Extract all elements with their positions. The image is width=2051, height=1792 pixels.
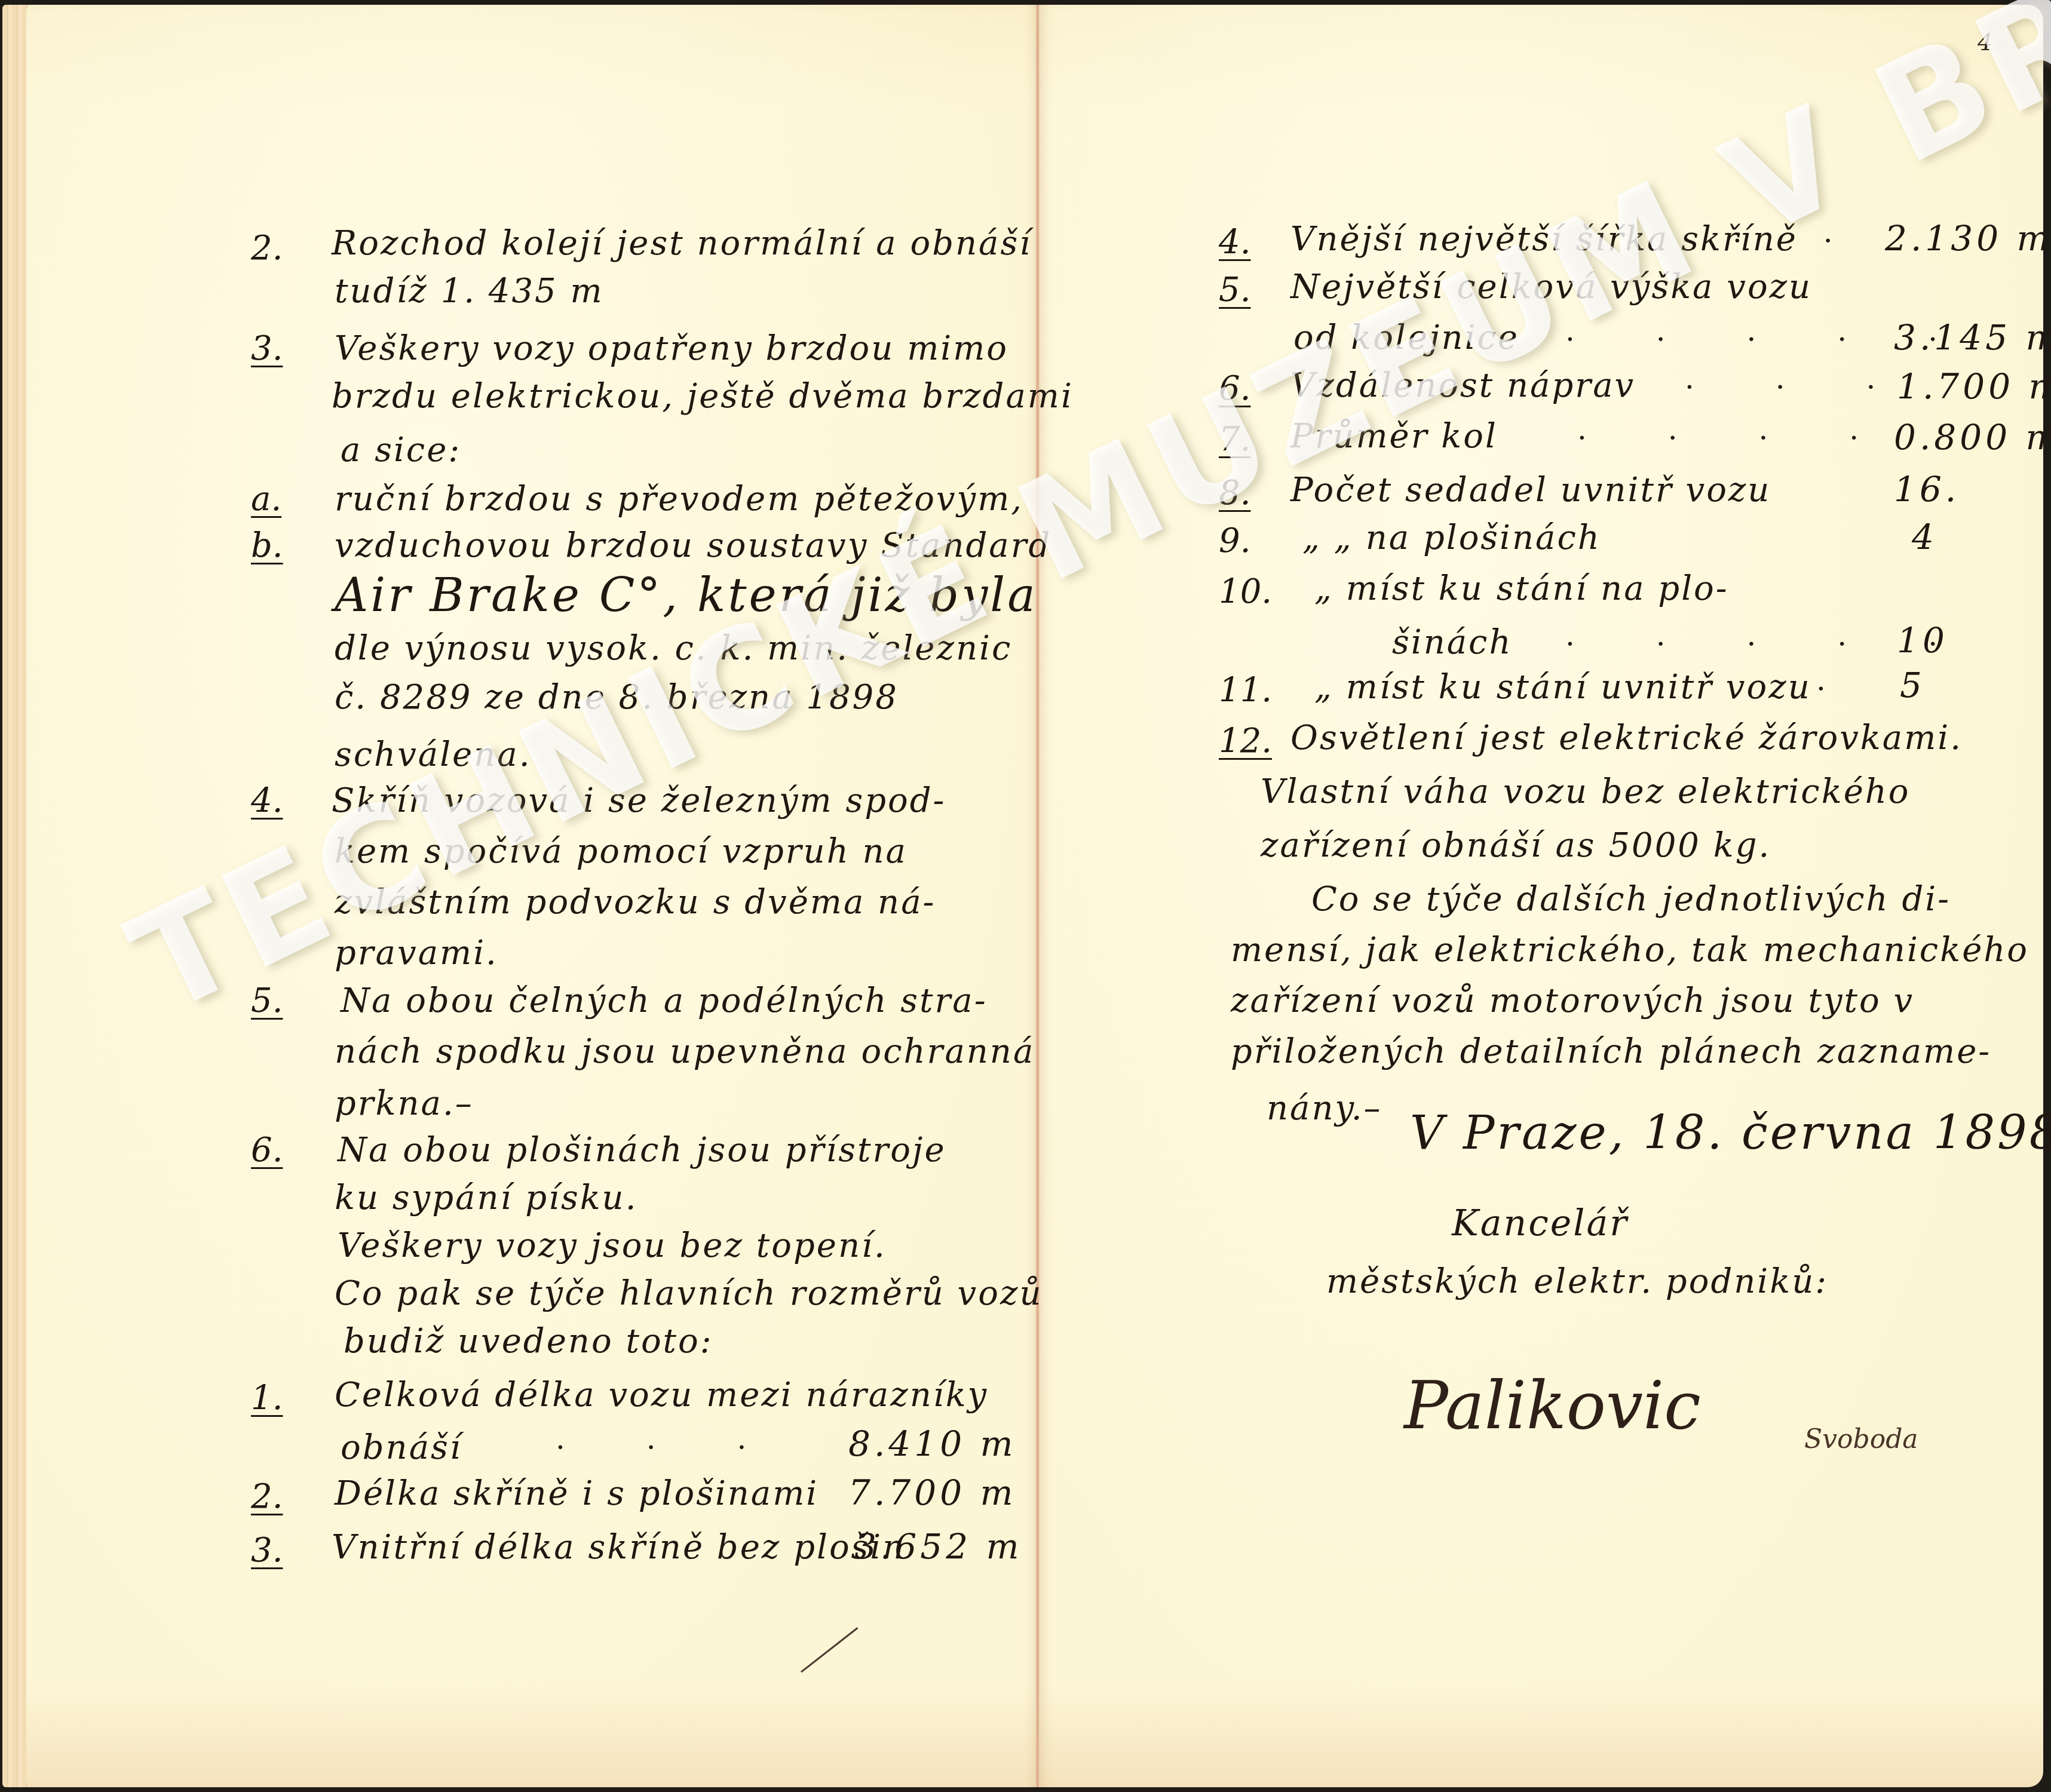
leader-dots: · · bbox=[1733, 226, 1869, 256]
item-number: 7. bbox=[1219, 423, 1250, 456]
paragraph-line: přiložených detailních plánech zazname- bbox=[1231, 1035, 1991, 1069]
dimension-value: 10 bbox=[1897, 623, 1948, 658]
dimension-label: „ „ na plošinách bbox=[1302, 521, 1601, 555]
dimension-value: 0.800 m bbox=[1894, 420, 2051, 455]
place-date: V Praze, 18. června 1898. bbox=[1410, 1110, 2051, 1156]
item-number: 9. bbox=[1219, 524, 1250, 558]
item-number: 6. bbox=[251, 1134, 283, 1167]
dimension-value: 5 bbox=[1900, 668, 1926, 702]
text-line: a sice: bbox=[341, 434, 461, 467]
dimension-label: Vnější největší šířka skříně bbox=[1290, 223, 1798, 256]
item-number: 6. bbox=[1219, 372, 1250, 406]
dimension-label: „ míst ku stání na plo- bbox=[1314, 572, 1729, 606]
dimension-label: Celková délka vozu mezi nárazníky bbox=[335, 1379, 988, 1412]
paragraph-line: Co se týče dalších jednotlivých di- bbox=[1311, 883, 1951, 916]
dimension-value: 16. bbox=[1894, 472, 1960, 507]
text-line: pravami. bbox=[335, 937, 498, 970]
text-line: zvláštním podvozku s dvěma ná- bbox=[335, 886, 936, 919]
item-number: 8. bbox=[1219, 477, 1250, 510]
text-line: č. 8289 ze dne 8. března 1898 bbox=[335, 681, 899, 714]
dimension-value: 3.145 m bbox=[1894, 320, 2051, 355]
dimension-value: 7.700 m bbox=[848, 1475, 1016, 1510]
paragraph-line: zařízení vozů motorových jsou tyto v bbox=[1231, 984, 1914, 1018]
dimension-value: 3.652 m bbox=[854, 1529, 1022, 1564]
text-line: ruční brzdou s převodem pětežovým, bbox=[335, 483, 1023, 516]
text-line: vzduchovou brzdou soustavy Standard bbox=[335, 529, 1051, 563]
text-line: Rozchod kolejí jest normální a obnáší bbox=[332, 227, 1032, 260]
paragraph-line: zařízení obnáší as 5000 kg. bbox=[1261, 829, 1771, 863]
item-number: 3. bbox=[251, 332, 283, 366]
text-line: tudíž 1. 435 m bbox=[335, 275, 604, 308]
dimension-label: „ míst ku stání uvnitř vozu bbox=[1314, 671, 1811, 704]
office-subtitle: městských elektr. podniků: bbox=[1326, 1265, 1828, 1299]
item-number: 4. bbox=[251, 784, 283, 818]
item-number: 2. bbox=[251, 1480, 283, 1514]
item-number: 5. bbox=[1219, 274, 1250, 307]
item-number: 2. bbox=[251, 232, 283, 265]
dimension-label: Vnitřní délka skříně bez plošin bbox=[332, 1531, 906, 1564]
item-number: 12. bbox=[1219, 725, 1272, 758]
dimension-label: Největší celková výška vozu bbox=[1290, 271, 1812, 304]
dimension-label: od kolejnice bbox=[1293, 321, 1519, 355]
leader-dots: · · · bbox=[1685, 372, 1911, 402]
item-number: 3. bbox=[251, 1534, 283, 1567]
text-line: brzdu elektrickou, ještě dvěma brzdami bbox=[332, 380, 1074, 413]
text-line: dle výnosu vysok. c. k. min. železnic bbox=[335, 632, 1012, 665]
item-number: 4. bbox=[1219, 226, 1250, 259]
dimension-label: Počet sedadel uvnitř vozu bbox=[1290, 474, 1771, 507]
text-line: Air Brake C°, která již byla bbox=[335, 572, 1038, 619]
leader-dots: · · · · bbox=[1577, 423, 1894, 453]
dimension-value: 1.700 m bbox=[1897, 369, 2051, 404]
dimension-label: Průměr kol bbox=[1290, 420, 1498, 453]
text-line: Veškery vozy opatřeny brzdou mimo bbox=[335, 332, 1008, 366]
text-line: Skříň vozová i se železným spod- bbox=[332, 784, 946, 818]
item-number: a. bbox=[251, 483, 281, 516]
leader-dots: · · · bbox=[556, 1432, 782, 1462]
dimension-label: šinách bbox=[1392, 626, 1513, 659]
text-line: Veškery vozy jsou bez topení. bbox=[338, 1229, 887, 1263]
text-line: prkna.– bbox=[335, 1087, 474, 1121]
paragraph-line: mensí, jak elektrického, tak mechanickéh… bbox=[1231, 934, 2029, 967]
signature-main: Palikovic bbox=[1404, 1373, 1701, 1438]
book-spread: 2. Rozchod kolejí jest normální a obnáší… bbox=[0, 5, 2043, 1787]
text-line: ku sypání písku. bbox=[335, 1182, 637, 1215]
item-number: b. bbox=[251, 529, 283, 563]
dimension-label: Délka skříně i s plošinami bbox=[335, 1477, 818, 1511]
paragraph-line: Vlastní váha vozu bez elektrického bbox=[1261, 775, 1911, 809]
leader-dots: · bbox=[1816, 674, 1862, 704]
item-number: 5. bbox=[251, 984, 283, 1018]
text-line: Co pak se týče hlavních rozměrů vozů bbox=[335, 1277, 1043, 1311]
office-title: Kancelář bbox=[1452, 1205, 1629, 1241]
page-number: 4 bbox=[1978, 29, 1992, 56]
text-line: budiž uvedeno toto: bbox=[344, 1325, 713, 1358]
text-line: schválena. bbox=[335, 738, 532, 772]
text-line: Na obou čelných a podélných stra- bbox=[341, 984, 988, 1018]
dimension-label: Osvětlení jest elektrické žárovkami. bbox=[1290, 722, 1963, 755]
dimension-value: 4 bbox=[1912, 520, 1937, 554]
text-line: kem spočívá pomocí vzpruh na bbox=[335, 835, 908, 869]
paragraph-line: nány.– bbox=[1267, 1092, 1382, 1125]
dimension-label: Vzdálenost náprav bbox=[1290, 369, 1635, 403]
dimension-value: 2.130 m bbox=[1885, 221, 2051, 256]
item-number: 11. bbox=[1219, 674, 1272, 707]
signature-second: Svoboda bbox=[1804, 1426, 1918, 1453]
item-number: 10. bbox=[1219, 575, 1272, 609]
text-line: Na obou plošinách jsou přístroje bbox=[338, 1134, 946, 1167]
dimension-label: obnáší bbox=[341, 1431, 462, 1465]
text-line: nách spodku jsou upevněna ochranná bbox=[335, 1035, 1035, 1069]
item-number: 1. bbox=[251, 1382, 283, 1415]
dimension-value: 8.410 m bbox=[848, 1426, 1016, 1461]
